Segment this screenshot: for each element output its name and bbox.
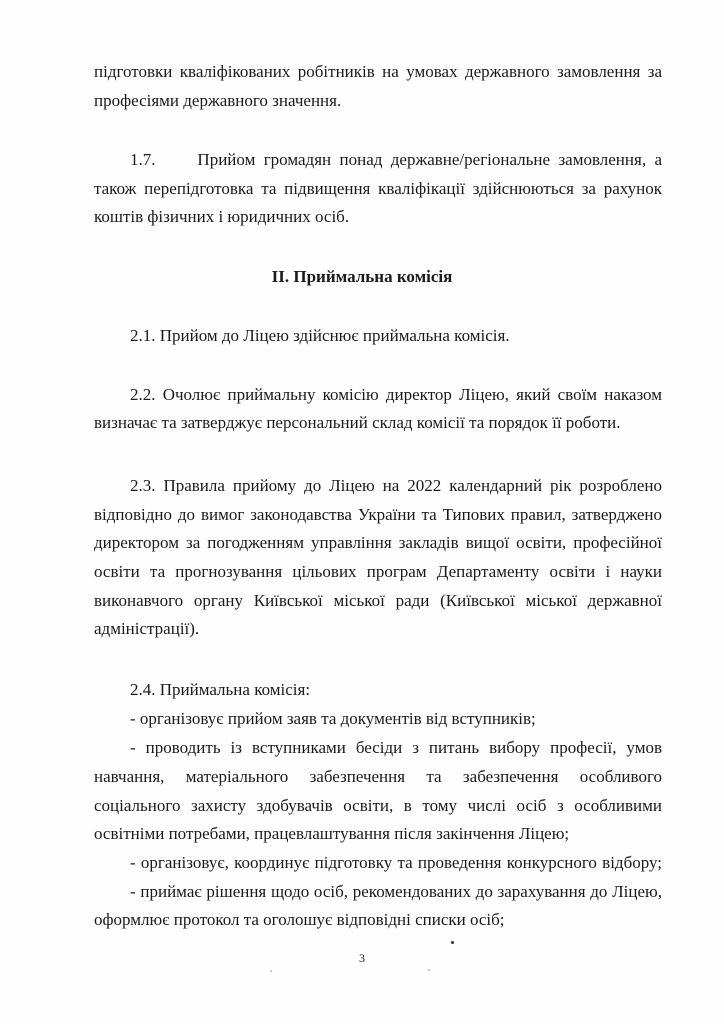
paragraph-2-1: 2.1. Прийом до Ліцею здійснює приймальна… [130,325,662,347]
paragraph-2-4-item-1: - організовує прийом заяв та документів … [130,708,662,730]
continuation-line-1: підготовки кваліфікованих робітників на … [94,61,662,83]
section-heading: II. Приймальна комісія [0,266,724,288]
paragraph-1-7-line-2: також перепідготовка та підвищення квалі… [94,178,662,200]
paragraph-2-4-item-2-line-3: соціального захисту здобувачів освіти, в… [94,795,662,817]
scan-speck [428,969,430,971]
paragraph-2-3-line-5: виконавчого органу Київської міської рад… [94,590,662,612]
paragraph-2-4-item-2-line-1: - проводить із вступниками бесіди з пита… [130,737,662,759]
paragraph-2-4-item-3: - організовує, координує підготовку та п… [130,852,662,874]
scan-speck [270,970,272,972]
paragraph-2-3-line-6: адміністрації). [94,618,662,640]
paragraph-2-3-line-3: директором за погодженням управління зак… [94,532,662,554]
document-page: підготовки кваліфікованих робітників на … [0,0,724,1024]
page-number: 3 [0,951,724,965]
paragraph-2-4-item-2-line-2: навчання, матеріального забезпечення та … [94,766,662,788]
paragraph-2-4-item-4-line-2: оформлює протокол та оголошує відповідні… [94,909,662,931]
scan-speck [451,941,454,944]
paragraph-2-3-line-4: освіти та прогнозування цільових програм… [94,561,662,583]
paragraph-2-3-line-2: відповідно до вимог законодавства Україн… [94,504,662,526]
continuation-line-2: професіями державного значення. [94,90,662,112]
paragraph-1-7-line-3: коштів фізичних і юридичних осіб. [94,206,662,228]
paragraph-1-7-line-1: 1.7. Прийом громадян понад державне/регі… [130,149,662,171]
paragraph-2-4-intro: 2.4. Приймальна комісія: [130,679,662,701]
paragraph-2-2-line-1: 2.2. Очолює приймальну комісію директор … [130,384,662,406]
paragraph-2-2-line-2: визначає та затверджує персональний скла… [94,412,662,434]
paragraph-2-4-item-4-line-1: - приймає рішення щодо осіб, рекомендова… [130,881,662,903]
paragraph-2-3-line-1: 2.3. Правила прийому до Ліцею на 2022 ка… [130,475,662,497]
paragraph-2-4-item-2-line-4: освітніми потребами, працевлаштування пі… [94,823,662,845]
